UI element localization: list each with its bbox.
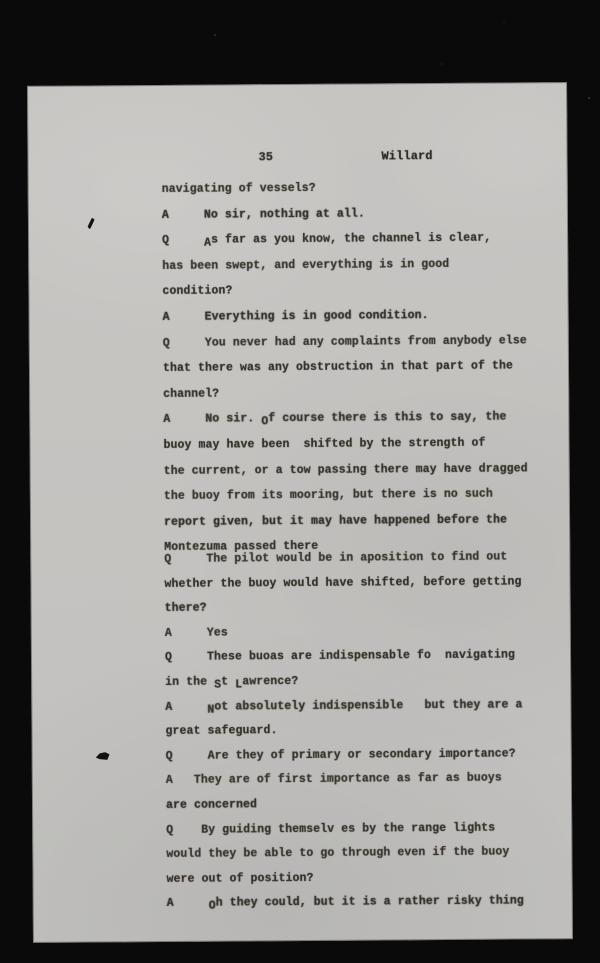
typewritten-text: 35 Willard navigating of vessels?A No si…: [27, 82, 573, 943]
text-line: report given, but it may have happened b…: [164, 513, 507, 528]
text-line: has been swept, and everything is in goo…: [162, 258, 449, 273]
text-line: A Not absolutely indispensible but they …: [165, 698, 522, 713]
dust-speck: [214, 34, 216, 36]
text-line: whether the buoy would have shifted, bef…: [164, 575, 521, 590]
text-line: the current, or a tow passing there may …: [164, 462, 528, 478]
text-line: A No sir, nothing at all.: [162, 207, 365, 221]
text-line: great safeguard.: [165, 724, 277, 738]
text-line: were out of position?: [167, 872, 314, 886]
text-line: there?: [165, 602, 207, 615]
text-line: Q By guiding themselv es by the range li…: [166, 821, 495, 836]
text-line: Q As far as you know, the channel is cle…: [162, 232, 491, 247]
text-line: A Everything is in good condition.: [163, 309, 429, 324]
dust-speck: [441, 63, 442, 65]
text-line: Q You never had any complaints from anyb…: [163, 334, 527, 350]
dust-speck: [588, 97, 590, 99]
text-line: A No sir. Of course there is this to say…: [163, 411, 506, 426]
text-line: buoy may have been shifted by the streng…: [163, 437, 485, 452]
dust-speck: [503, 22, 505, 23]
text-line: A Yes: [165, 626, 228, 639]
page-number: 35: [258, 150, 273, 164]
text-line: are concerned: [166, 798, 257, 812]
text-line: A Oh they could, but it is a rather risk…: [167, 895, 524, 910]
text-line: would they be able to go through even if…: [166, 846, 509, 861]
text-line: Q The pilot would be in aposition to fin…: [164, 551, 507, 566]
text-line: Q These buoas are indispensable fo navig…: [165, 649, 515, 664]
text-line: that there was any obstruction in that p…: [163, 360, 513, 375]
text-line: in the St Lawrence?: [165, 675, 298, 689]
text-line: channel?: [163, 387, 219, 400]
text-line: A They are of first importance as far as…: [166, 772, 502, 787]
microfilm-frame: 35 Willard navigating of vessels?A No si…: [0, 0, 600, 963]
text-line: Q Are they of primary or secondary impor…: [166, 747, 516, 762]
document-page: 35 Willard navigating of vessels?A No si…: [27, 82, 573, 943]
text-line: the buoy from its mooring, but there is …: [164, 488, 493, 503]
scan-background: { "colors": { "background": "#0a0a0a", "…: [0, 0, 600, 963]
witness-name: Willard: [381, 149, 432, 163]
text-line: navigating of vessels?: [162, 182, 316, 196]
text-line: condition?: [162, 285, 232, 298]
